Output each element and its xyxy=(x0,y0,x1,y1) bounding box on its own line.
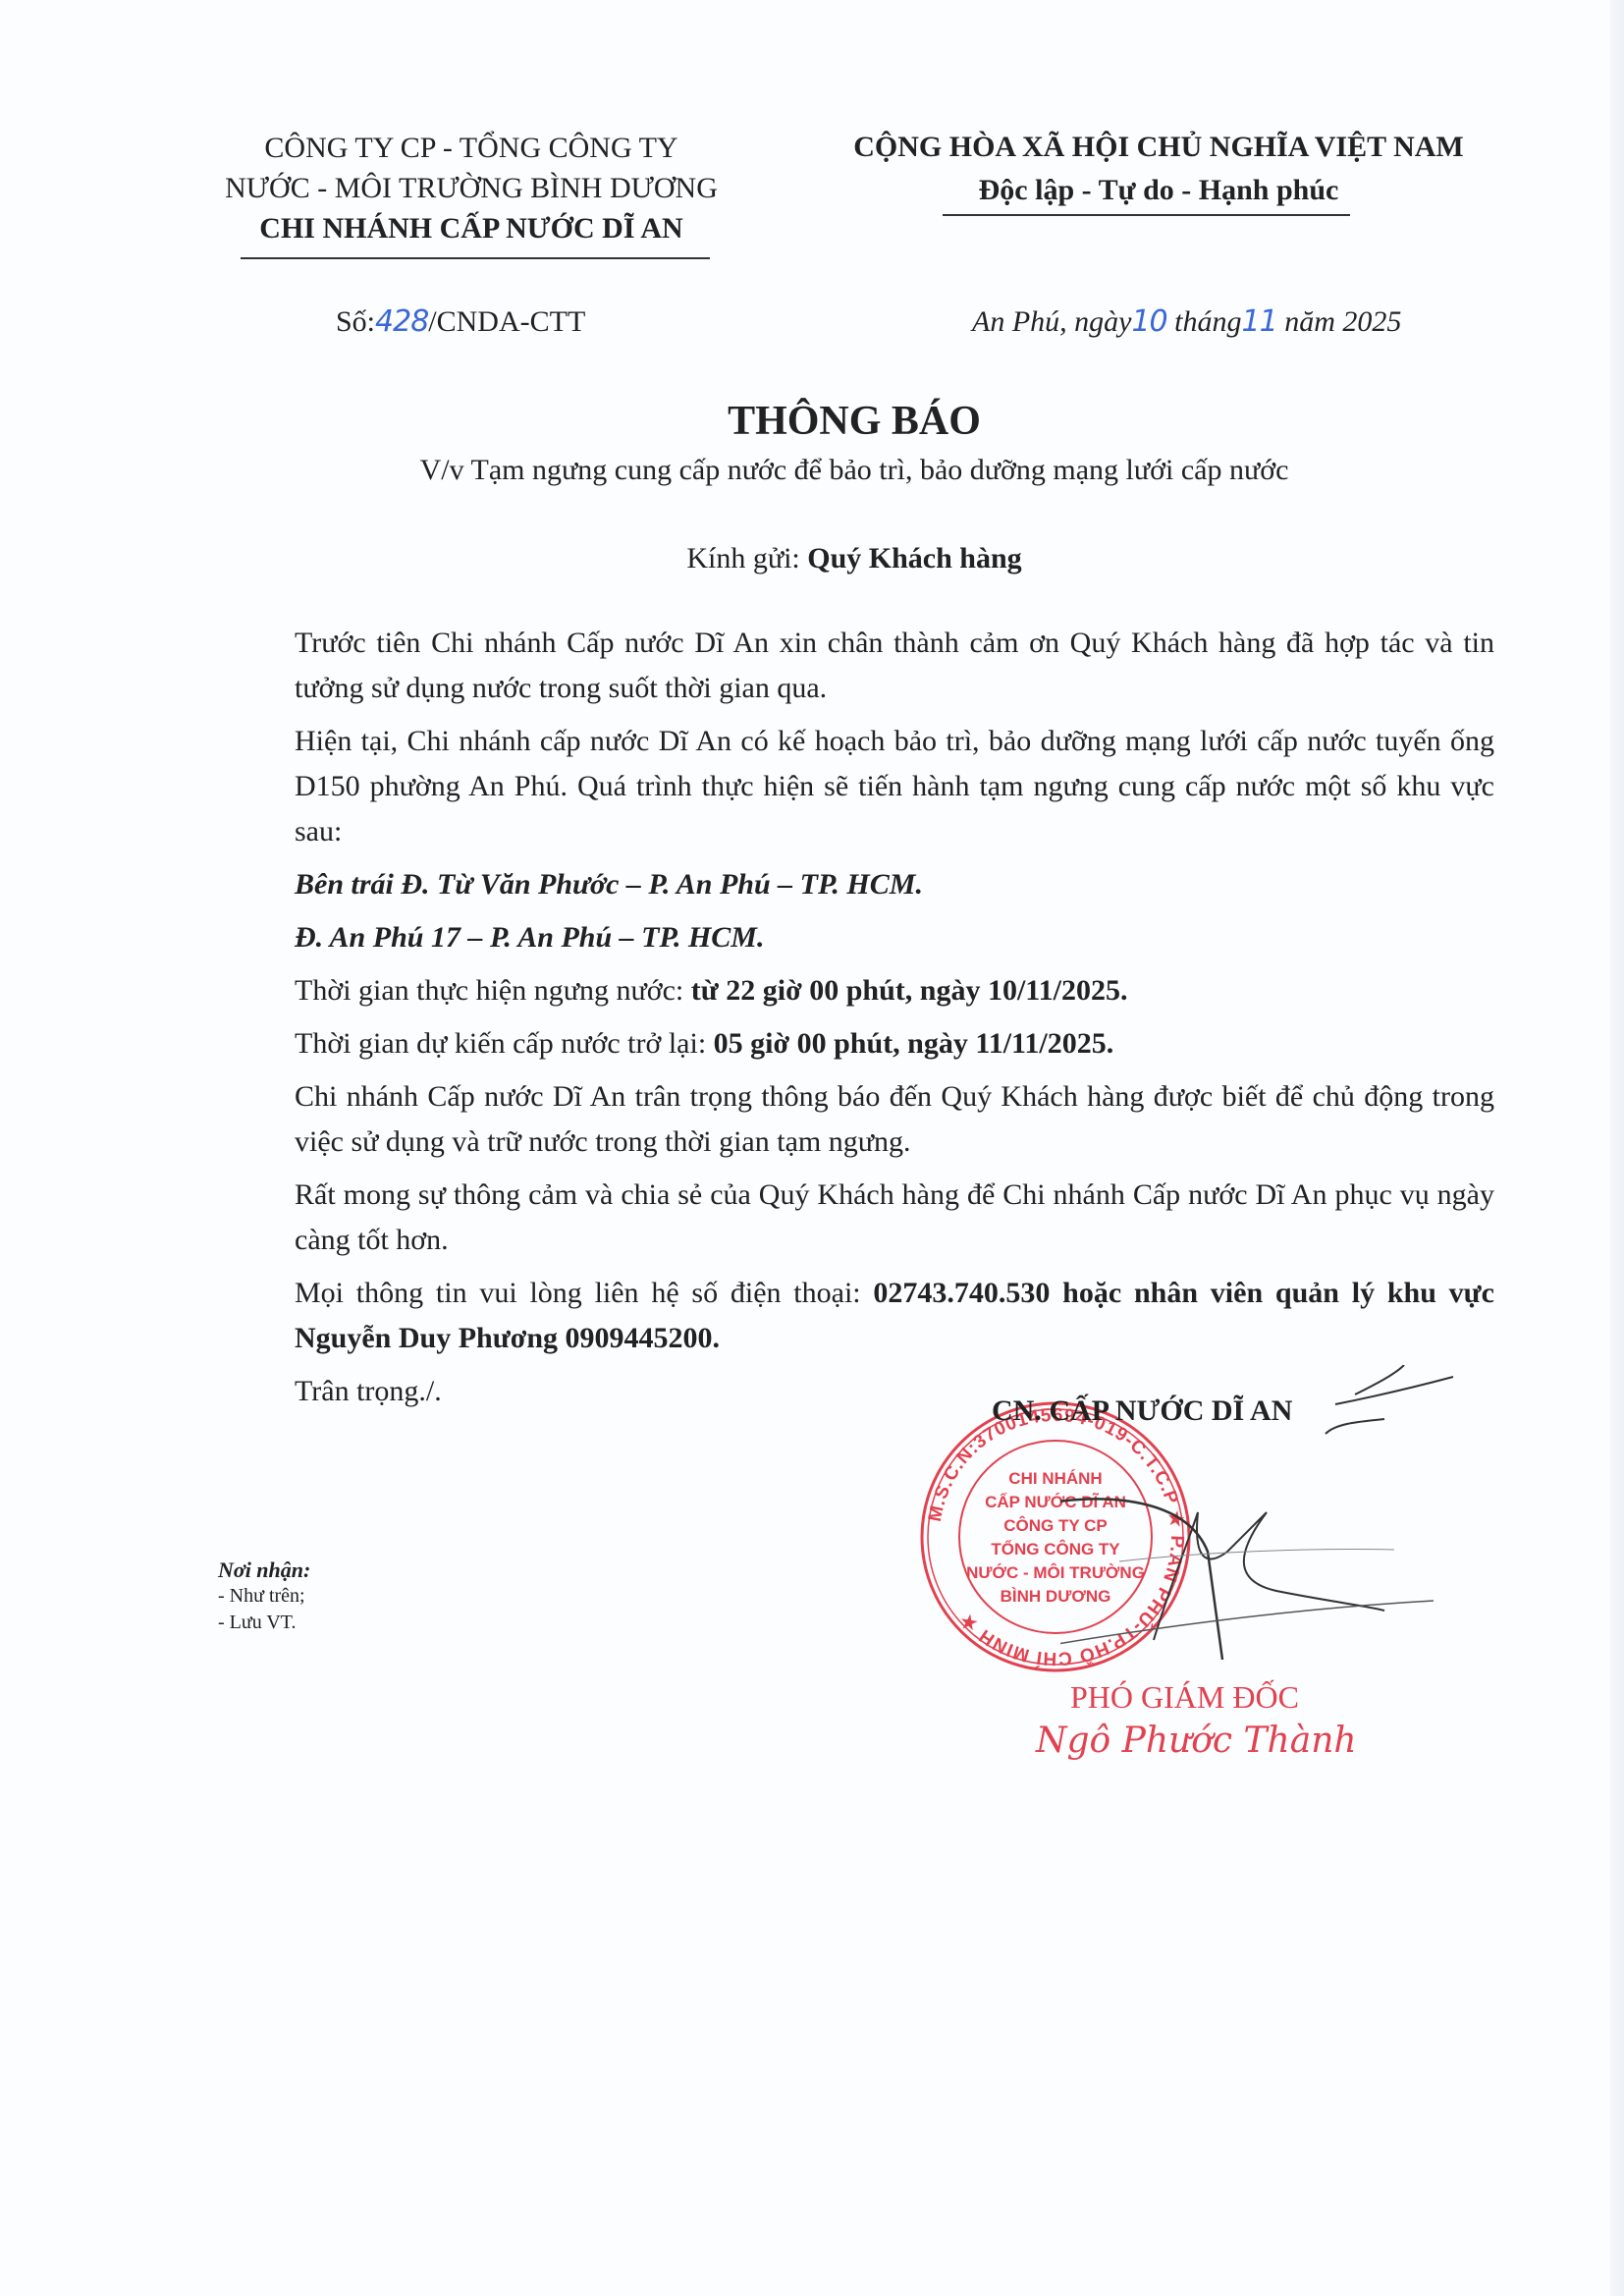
reference-number: Số:428/CNDA-CTT xyxy=(336,304,585,339)
reference-suffix: /CNDA-CTT xyxy=(428,305,585,338)
org-underline xyxy=(241,257,710,259)
date-day-handwritten: 10 xyxy=(1131,304,1166,339)
document-body: Trước tiên Chi nhánh Cấp nước Dĩ An xin … xyxy=(295,621,1494,1422)
paragraph-plan-text: Hiện tại, Chi nhánh cấp nước Dĩ An có kế… xyxy=(295,725,1494,847)
motto-underline xyxy=(943,214,1350,216)
organization-header: CÔNG TY CP - TỔNG CÔNG TY NƯỚC - MÔI TRƯ… xyxy=(177,128,766,248)
resume-time-value: 05 giờ 00 phút, ngày 11/11/2025. xyxy=(714,1027,1114,1060)
salutation-recipient: Quý Khách hàng xyxy=(807,542,1021,574)
paragraph-thanks-text: Trước tiên Chi nhánh Cấp nước Dĩ An xin … xyxy=(295,627,1494,704)
national-header: CỘNG HÒA XÃ HỘI CHỦ NGHĨA VIỆT NAM Độc l… xyxy=(795,126,1522,212)
receivers-list: Nơi nhận: - Như trên; - Lưu VT. xyxy=(218,1557,310,1636)
contact-info: Mọi thông tin vui lòng liên hệ số điện t… xyxy=(295,1271,1494,1361)
date-place: An Phú, ngày xyxy=(972,305,1131,338)
receivers-heading: Nơi nhận: xyxy=(218,1557,310,1583)
area-item: Đ. An Phú 17 – P. An Phú – TP. HCM. xyxy=(295,915,1494,960)
paragraph-apology: Rất mong sự thông cảm và chia sẻ của Quý… xyxy=(295,1173,1494,1263)
date-line: An Phú, ngày10 tháng11 năm 2025 xyxy=(972,304,1401,339)
salutation-prefix: Kính gửi: xyxy=(686,542,799,574)
receiver-item: - Lưu VT. xyxy=(218,1610,310,1636)
paragraph-thanks: Trước tiên Chi nhánh Cấp nước Dĩ An xin … xyxy=(295,621,1494,711)
signer-role: PHÓ GIÁM ĐỐC xyxy=(1070,1679,1299,1716)
date-month-handwritten: 11 xyxy=(1242,304,1277,339)
document-subject: V/v Tạm ngưng cung cấp nước để bảo trì, … xyxy=(0,454,1624,487)
nation-name: CỘNG HÒA XÃ HỘI CHỦ NGHĨA VIỆT NAM xyxy=(795,126,1522,169)
date-month-label: tháng xyxy=(1174,305,1241,338)
org-line-2: NƯỚC - MÔI TRƯỜNG BÌNH DƯƠNG xyxy=(177,168,766,208)
org-line-3: CHI NHÁNH CẤP NƯỚC DĨ AN xyxy=(177,208,766,248)
paragraph-plan: Hiện tại, Chi nhánh cấp nước Dĩ An có kế… xyxy=(295,719,1494,854)
salutation: Kính gửi: Quý Khách hàng xyxy=(0,542,1624,575)
signer-name: Ngô Phước Thành xyxy=(1036,1721,1357,1761)
paragraph-notice: Chi nhánh Cấp nước Dĩ An trân trọng thôn… xyxy=(295,1074,1494,1165)
stop-time: Thời gian thực hiện ngưng nước: từ 22 gi… xyxy=(295,968,1494,1013)
signing-unit: CN. CẤP NƯỚC DĨ AN xyxy=(992,1394,1292,1428)
reference-handwritten-number: 428 xyxy=(375,304,428,339)
receiver-item: - Như trên; xyxy=(218,1583,310,1610)
resume-time: Thời gian dự kiến cấp nước trở lại: 05 g… xyxy=(295,1021,1494,1066)
date-year: năm 2025 xyxy=(1284,305,1401,338)
org-line-1: CÔNG TY CP - TỔNG CÔNG TY xyxy=(177,128,766,168)
reference-prefix: Số: xyxy=(336,305,375,338)
scan-edge xyxy=(1610,0,1624,2296)
document-title: THÔNG BÁO xyxy=(0,398,1624,445)
area-item: Bên trái Đ. Từ Văn Phước – P. An Phú – T… xyxy=(295,862,1494,907)
nation-motto: Độc lập - Tự do - Hạnh phúc xyxy=(795,169,1522,212)
contact-label: Mọi thông tin vui lòng liên hệ số điện t… xyxy=(295,1277,861,1309)
resume-time-label: Thời gian dự kiến cấp nước trở lại: xyxy=(295,1027,706,1060)
stop-time-label: Thời gian thực hiện ngưng nước: xyxy=(295,974,683,1007)
stop-time-value: từ 22 giờ 00 phút, ngày 10/11/2025. xyxy=(691,974,1128,1007)
